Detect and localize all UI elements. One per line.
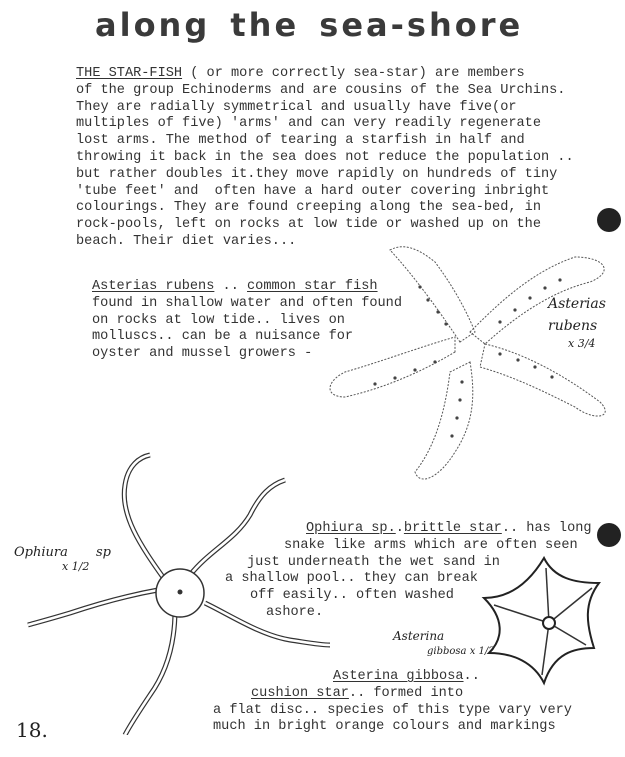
asterias-label: Asterias rubens x 3/4 [548, 293, 606, 351]
asterina-name: Asterina gibbosa [333, 669, 464, 684]
asterina-label: Asterina gibbosa x 1/2 [393, 628, 495, 660]
asterias-name: Asterias rubens [92, 279, 214, 294]
intro-heading: THE STAR-FISH [76, 66, 182, 81]
intro-paragraph: THE STAR-FISH ( or more correctly sea-st… [76, 66, 574, 251]
ophiura-common-name: brittle star [404, 521, 502, 536]
page-title: along the sea-shore [95, 6, 523, 44]
punch-hole [597, 208, 621, 232]
asterias-common-name: common star fish [247, 279, 378, 294]
page-number: 18. [16, 718, 48, 742]
asterina-description: Asterina gibbosa.. cushion star.. formed… [213, 669, 572, 736]
asterina-common-name: cushion star [251, 686, 349, 701]
ophiura-label: Ophiura sp x 1/2 [14, 545, 111, 573]
ophiura-name: Ophiura sp. [306, 521, 396, 536]
punch-hole [597, 523, 621, 547]
ophiura-description-cont: a shallow pool.. they can break off easi… [225, 571, 478, 621]
asterias-description: Asterias rubens .. common star fish foun… [92, 279, 402, 363]
